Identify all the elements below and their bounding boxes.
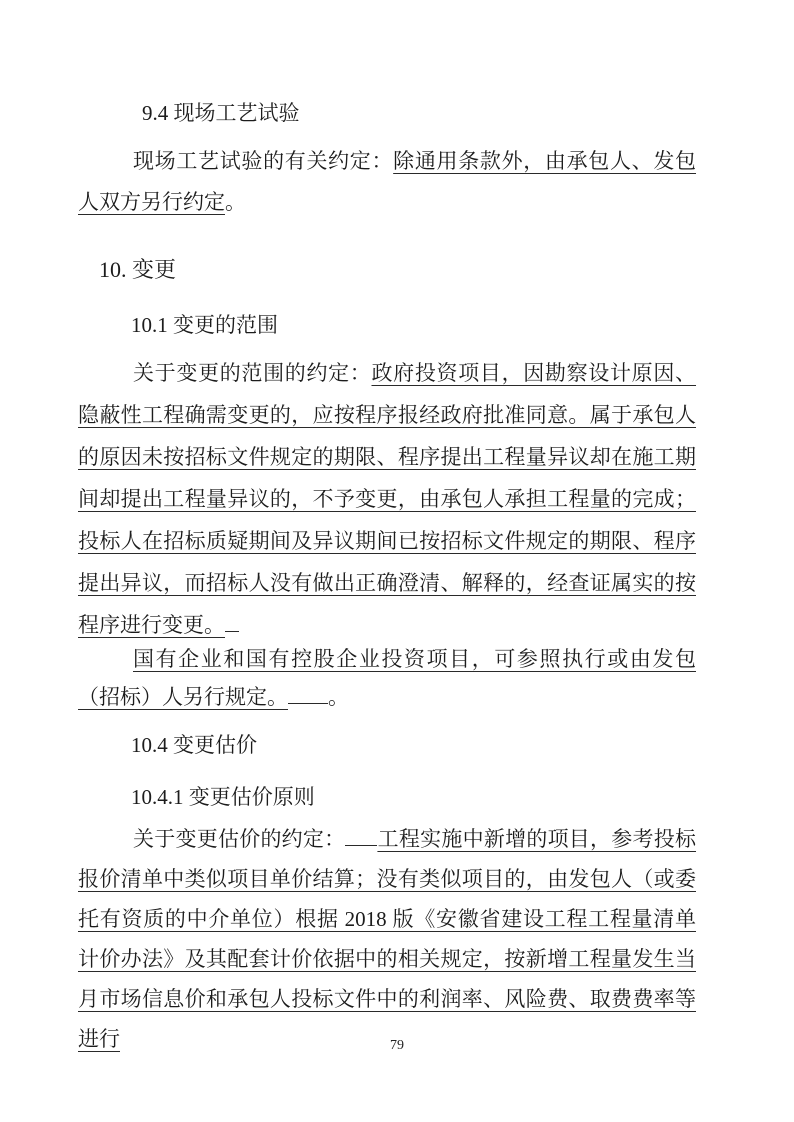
paragraph-suffix: 。 <box>328 685 349 709</box>
paragraph-state-owned-enterprise: 国有企业和国有控股企业投资项目，可参照执行或由发包（招标）人另行规定。。 <box>78 640 696 716</box>
section-heading-9-4: 9.4 现场工艺试验 <box>78 92 760 134</box>
underline-blank <box>288 683 328 704</box>
paragraph-prefix: 现场工艺试验的有关约定： <box>133 149 393 173</box>
underline-blank <box>345 825 377 846</box>
underlined-fill-in-text: 工程实施中新增的项目，参考投标报价清单中类似项目单价结算；没有类似项目的，由发包… <box>78 827 696 1051</box>
underlined-fill-in-text: 国有企业和国有控股企业投资项目，可参照执行或由发包（招标）人另行规定。 <box>78 647 696 709</box>
paragraph-field-process-test: 现场工艺试验的有关约定：除通用条款外，由承包人、发包人双方另行约定。 <box>78 141 696 223</box>
paragraph-change-valuation: 关于变更估价的约定：工程实施中新增的项目，参考投标报价清单中类似项目单价结算；没… <box>78 819 696 1059</box>
section-heading-10: 10. 变更 <box>78 249 717 291</box>
paragraph-change-scope: 关于变更的范围的约定：政府投资项目，因勘察设计原因、隐蔽性工程确需变更的，应按程… <box>78 352 696 646</box>
document-page: 9.4 现场工艺试验 现场工艺试验的有关约定：除通用条款外，由承包人、发包人双方… <box>0 0 794 1122</box>
paragraph-suffix: 。 <box>225 190 246 214</box>
paragraph-prefix: 关于变更估价的约定： <box>133 827 345 851</box>
underlined-fill-in-text: 政府投资项目，因勘察设计原因、隐蔽性工程确需变更的，应按程序报经政府批准同意。属… <box>78 361 696 637</box>
section-heading-10-4-1: 10.4.1 变更估价原则 <box>78 776 749 818</box>
section-heading-10-1: 10.1 变更的范围 <box>78 304 749 346</box>
page-number: 79 <box>0 1036 794 1056</box>
underline-blank <box>225 611 239 632</box>
section-heading-10-4: 10.4 变更估价 <box>78 724 749 766</box>
paragraph-prefix: 关于变更的范围的约定： <box>133 361 371 385</box>
